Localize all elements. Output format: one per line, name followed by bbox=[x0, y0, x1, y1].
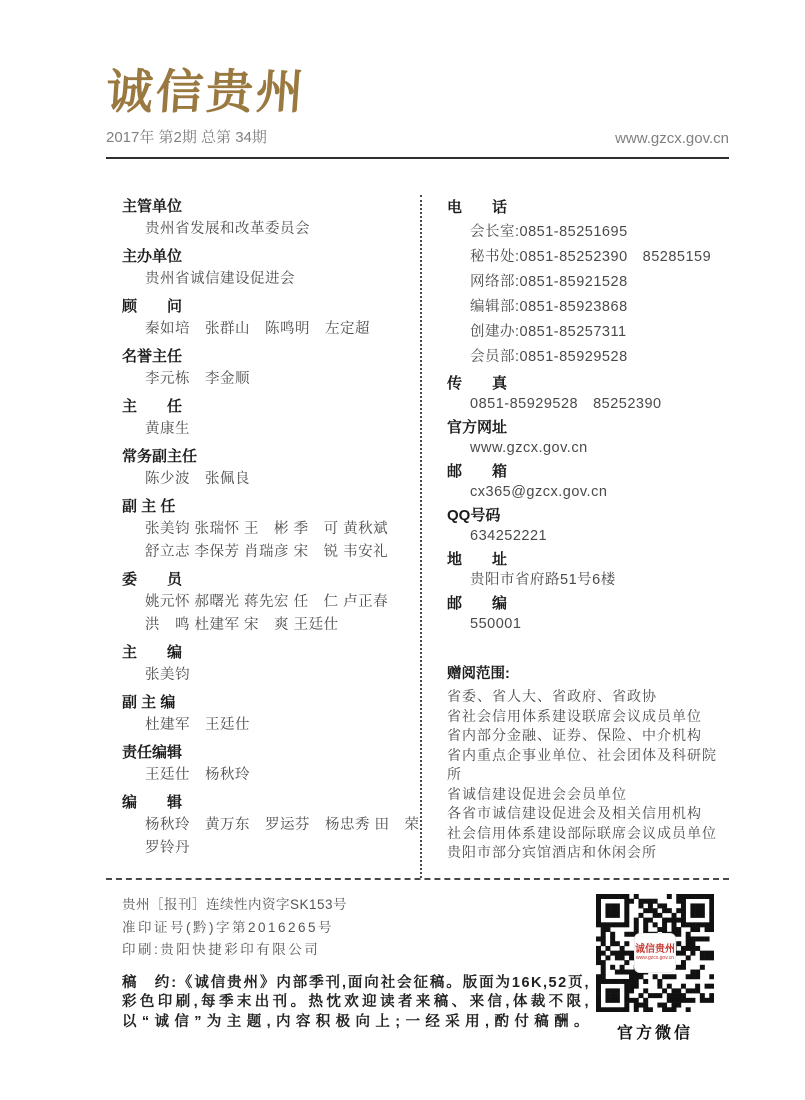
wechat-qr-block: 诚信贵州 www.gzcx.gov.cn 官方微信 bbox=[591, 894, 719, 1043]
section-heading: 委 员 bbox=[122, 568, 420, 591]
masthead-section: 委 员姚元怀 郝曙光 蒋先宏 任 仁 卢正春洪 鸣 杜建军 宋 爽 王廷仕 bbox=[122, 568, 420, 637]
gift-scope-line: 贵阳市部分宾馆酒店和休闲会所 bbox=[447, 843, 729, 863]
section-heading: 副 主 编 bbox=[122, 691, 420, 714]
masthead-section: 邮 箱cx365@gzcx.gov.cn bbox=[447, 462, 729, 502]
header-meta-row: 2017年 第2期 总第 34期 www.gzcx.gov.cn bbox=[106, 126, 729, 159]
masthead-section: 副 主 编杜建军 王廷仕 bbox=[122, 691, 420, 737]
footer-left-block: 贵州［报刊］连续性内资字SK153号准印证号(黔)字第2016265号印刷:贵阳… bbox=[106, 894, 591, 1043]
section-heading: 编 辑 bbox=[122, 791, 420, 814]
issue-info: 2017年 第2期 总第 34期 bbox=[106, 126, 267, 147]
section-line: 贵州省发展和改革委员会 bbox=[122, 218, 420, 241]
manuscript-notice-line: 彩色印刷,每季末出刊。热忱欢迎读者来稿、来信,体裁不限, bbox=[122, 993, 590, 1013]
masthead-section: 副 主 任张美钧 张瑞怀 王 彬 季 可 黄秋斌舒立志 李保芳 肖瑞彦 宋 锐 … bbox=[122, 495, 420, 564]
section-heading: 地 址 bbox=[447, 550, 729, 570]
section-line: 杨秋玲 黄万东 罗运芬 杨忠秀 田 荣 bbox=[122, 814, 420, 837]
masthead-section: 常务副主任陈少波 张佩良 bbox=[122, 445, 420, 491]
masthead-section: QQ号码634252221 bbox=[447, 506, 729, 546]
section-line: 黄康生 bbox=[122, 418, 420, 441]
masthead-section: 主 任黄康生 bbox=[122, 395, 420, 441]
masthead-section: 主办单位贵州省诚信建设促进会 bbox=[122, 245, 420, 291]
section-line: 634252221 bbox=[447, 526, 729, 546]
gift-scope-list: 省委、省人大、省政府、省政协省社会信用体系建设联席会议成员单位省内部分金融、证券… bbox=[447, 687, 729, 863]
section-heading: 邮 箱 bbox=[447, 462, 729, 482]
qr-logo-url: www.gzcx.gov.cn bbox=[636, 955, 674, 962]
section-heading: 责任编辑 bbox=[122, 741, 420, 764]
section-line: 王廷仕 杨秋玲 bbox=[122, 764, 420, 787]
section-line: 网络部:0851-85921528 bbox=[447, 270, 729, 295]
section-heading: 官方网址 bbox=[447, 418, 729, 438]
section-line: 洪 鸣 杜建军 宋 爽 王廷仕 bbox=[122, 614, 420, 637]
masthead-section: 传 真0851-85929528 85252390 bbox=[447, 374, 729, 414]
qr-code: 诚信贵州 www.gzcx.gov.cn bbox=[596, 894, 714, 1012]
staff-column: 主管单位贵州省发展和改革委员会主办单位贵州省诚信建设促进会顾 问秦如培 张群山 … bbox=[106, 195, 420, 878]
gift-scope-heading: 赠阅范围: bbox=[447, 664, 729, 685]
section-heading: QQ号码 bbox=[447, 506, 729, 526]
masthead-section: 主管单位贵州省发展和改革委员会 bbox=[122, 195, 420, 241]
section-line: 陈少波 张佩良 bbox=[122, 468, 420, 491]
section-heading: 主 任 bbox=[122, 395, 420, 418]
section-line: 罗铃丹 bbox=[122, 837, 420, 860]
section-heading: 传 真 bbox=[447, 374, 729, 394]
qr-logo-text: 诚信贵州 bbox=[635, 944, 675, 955]
contact-sections: 电 话会长室:0851-85251695秘书处:0851-85252390 85… bbox=[447, 195, 729, 634]
section-line: 编辑部:0851-85923868 bbox=[447, 295, 729, 320]
gift-scope-line: 社会信用体系建设部际联席会议成员单位 bbox=[447, 824, 729, 844]
section-heading: 主办单位 bbox=[122, 245, 420, 268]
magazine-colophon-page: 诚信贵州 2017年 第2期 总第 34期 www.gzcx.gov.cn 主管… bbox=[0, 0, 805, 1100]
section-heading: 邮 编 bbox=[447, 594, 729, 614]
wechat-label: 官方微信 bbox=[591, 1020, 719, 1043]
gift-scope-line: 各省市诚信建设促进会及相关信用机构 bbox=[447, 804, 729, 824]
masthead-section: 名誉主任李元栋 李金顺 bbox=[122, 345, 420, 391]
section-line: 秘书处:0851-85252390 85285159 bbox=[447, 245, 729, 270]
manuscript-notice: 稿 约:《诚信贵州》内部季刊,面向社会征稿。版面为16K,52页,彩色印刷,每季… bbox=[122, 974, 590, 1033]
masthead-section: 主 编张美钧 bbox=[122, 641, 420, 687]
masthead-columns: 主管单位贵州省发展和改革委员会主办单位贵州省诚信建设促进会顾 问秦如培 张群山 … bbox=[106, 159, 729, 878]
section-line: 姚元怀 郝曙光 蒋先宏 任 仁 卢正春 bbox=[122, 591, 420, 614]
masthead-section: 编 辑杨秋玲 黄万东 罗运芬 杨忠秀 田 荣罗铃丹 bbox=[122, 791, 420, 860]
section-heading: 顾 问 bbox=[122, 295, 420, 318]
section-line: 会长室:0851-85251695 bbox=[447, 220, 729, 245]
section-line: 550001 bbox=[447, 614, 729, 634]
gift-scope-line: 省社会信用体系建设联席会议成员单位 bbox=[447, 707, 729, 727]
section-line: 创建办:0851-85257311 bbox=[447, 320, 729, 345]
registration-line: 贵州［报刊］连续性内资字SK153号 bbox=[122, 894, 591, 917]
magazine-logo-calligraphy: 诚信贵州 bbox=[104, 64, 308, 122]
gift-scope-line: 省内重点企事业单位、社会团体及科研院所 bbox=[447, 746, 729, 785]
page-footer: 贵州［报刊］连续性内资字SK153号准印证号(黔)字第2016265号印刷:贵阳… bbox=[106, 878, 729, 1043]
section-heading: 副 主 任 bbox=[122, 495, 420, 518]
section-line: 杜建军 王廷仕 bbox=[122, 714, 420, 737]
registration-line: 准印证号(黔)字第2016265号 bbox=[122, 917, 591, 940]
qr-center-logo: 诚信贵州 www.gzcx.gov.cn bbox=[634, 933, 676, 973]
masthead-section: 官方网址www.gzcx.gov.cn bbox=[447, 418, 729, 458]
manuscript-notice-line: 稿 约:《诚信贵州》内部季刊,面向社会征稿。版面为16K,52页, bbox=[122, 974, 590, 994]
masthead-section: 责任编辑王廷仕 杨秋玲 bbox=[122, 741, 420, 787]
masthead-section: 邮 编550001 bbox=[447, 594, 729, 634]
section-line: 贵州省诚信建设促进会 bbox=[122, 268, 420, 291]
gift-scope-section: 赠阅范围: 省委、省人大、省政府、省政协省社会信用体系建设联席会议成员单位省内部… bbox=[447, 664, 729, 863]
section-line: www.gzcx.gov.cn bbox=[447, 438, 729, 458]
registration-line: 印刷:贵阳快捷彩印有限公司 bbox=[122, 939, 591, 962]
manuscript-notice-line: 以“诚信”为主题,内容积极向上;一经采用,酌付稿酬。 bbox=[122, 1013, 590, 1033]
section-heading: 电 话 bbox=[447, 195, 729, 220]
masthead-section: 顾 问秦如培 张群山 陈鸣明 左定超 bbox=[122, 295, 420, 341]
section-heading: 主管单位 bbox=[122, 195, 420, 218]
website-url: www.gzcx.gov.cn bbox=[615, 130, 729, 147]
section-line: 0851-85929528 85252390 bbox=[447, 394, 729, 414]
section-line: 会员部:0851-85929528 bbox=[447, 345, 729, 370]
registration-info: 贵州［报刊］连续性内资字SK153号准印证号(黔)字第2016265号印刷:贵阳… bbox=[122, 894, 591, 962]
section-line: 贵阳市省府路51号6楼 bbox=[447, 570, 729, 590]
section-heading: 名誉主任 bbox=[122, 345, 420, 368]
section-line: 张美钧 bbox=[122, 664, 420, 687]
section-line: 李元栋 李金顺 bbox=[122, 368, 420, 391]
page-header: 诚信贵州 2017年 第2期 总第 34期 www.gzcx.gov.cn bbox=[106, 0, 729, 159]
section-heading: 常务副主任 bbox=[122, 445, 420, 468]
section-line: cx365@gzcx.gov.cn bbox=[447, 482, 729, 502]
section-heading: 主 编 bbox=[122, 641, 420, 664]
contact-column: 电 话会长室:0851-85251695秘书处:0851-85252390 85… bbox=[420, 195, 729, 878]
gift-scope-line: 省内部分金融、证券、保险、中介机构 bbox=[447, 726, 729, 746]
gift-scope-line: 省委、省人大、省政府、省政协 bbox=[447, 687, 729, 707]
section-line: 秦如培 张群山 陈鸣明 左定超 bbox=[122, 318, 420, 341]
section-line: 舒立志 李保芳 肖瑞彦 宋 锐 韦安礼 bbox=[122, 541, 420, 564]
masthead-section: 电 话会长室:0851-85251695秘书处:0851-85252390 85… bbox=[447, 195, 729, 370]
masthead-section: 地 址贵阳市省府路51号6楼 bbox=[447, 550, 729, 590]
gift-scope-line: 省诚信建设促进会会员单位 bbox=[447, 785, 729, 805]
section-line: 张美钧 张瑞怀 王 彬 季 可 黄秋斌 bbox=[122, 518, 420, 541]
